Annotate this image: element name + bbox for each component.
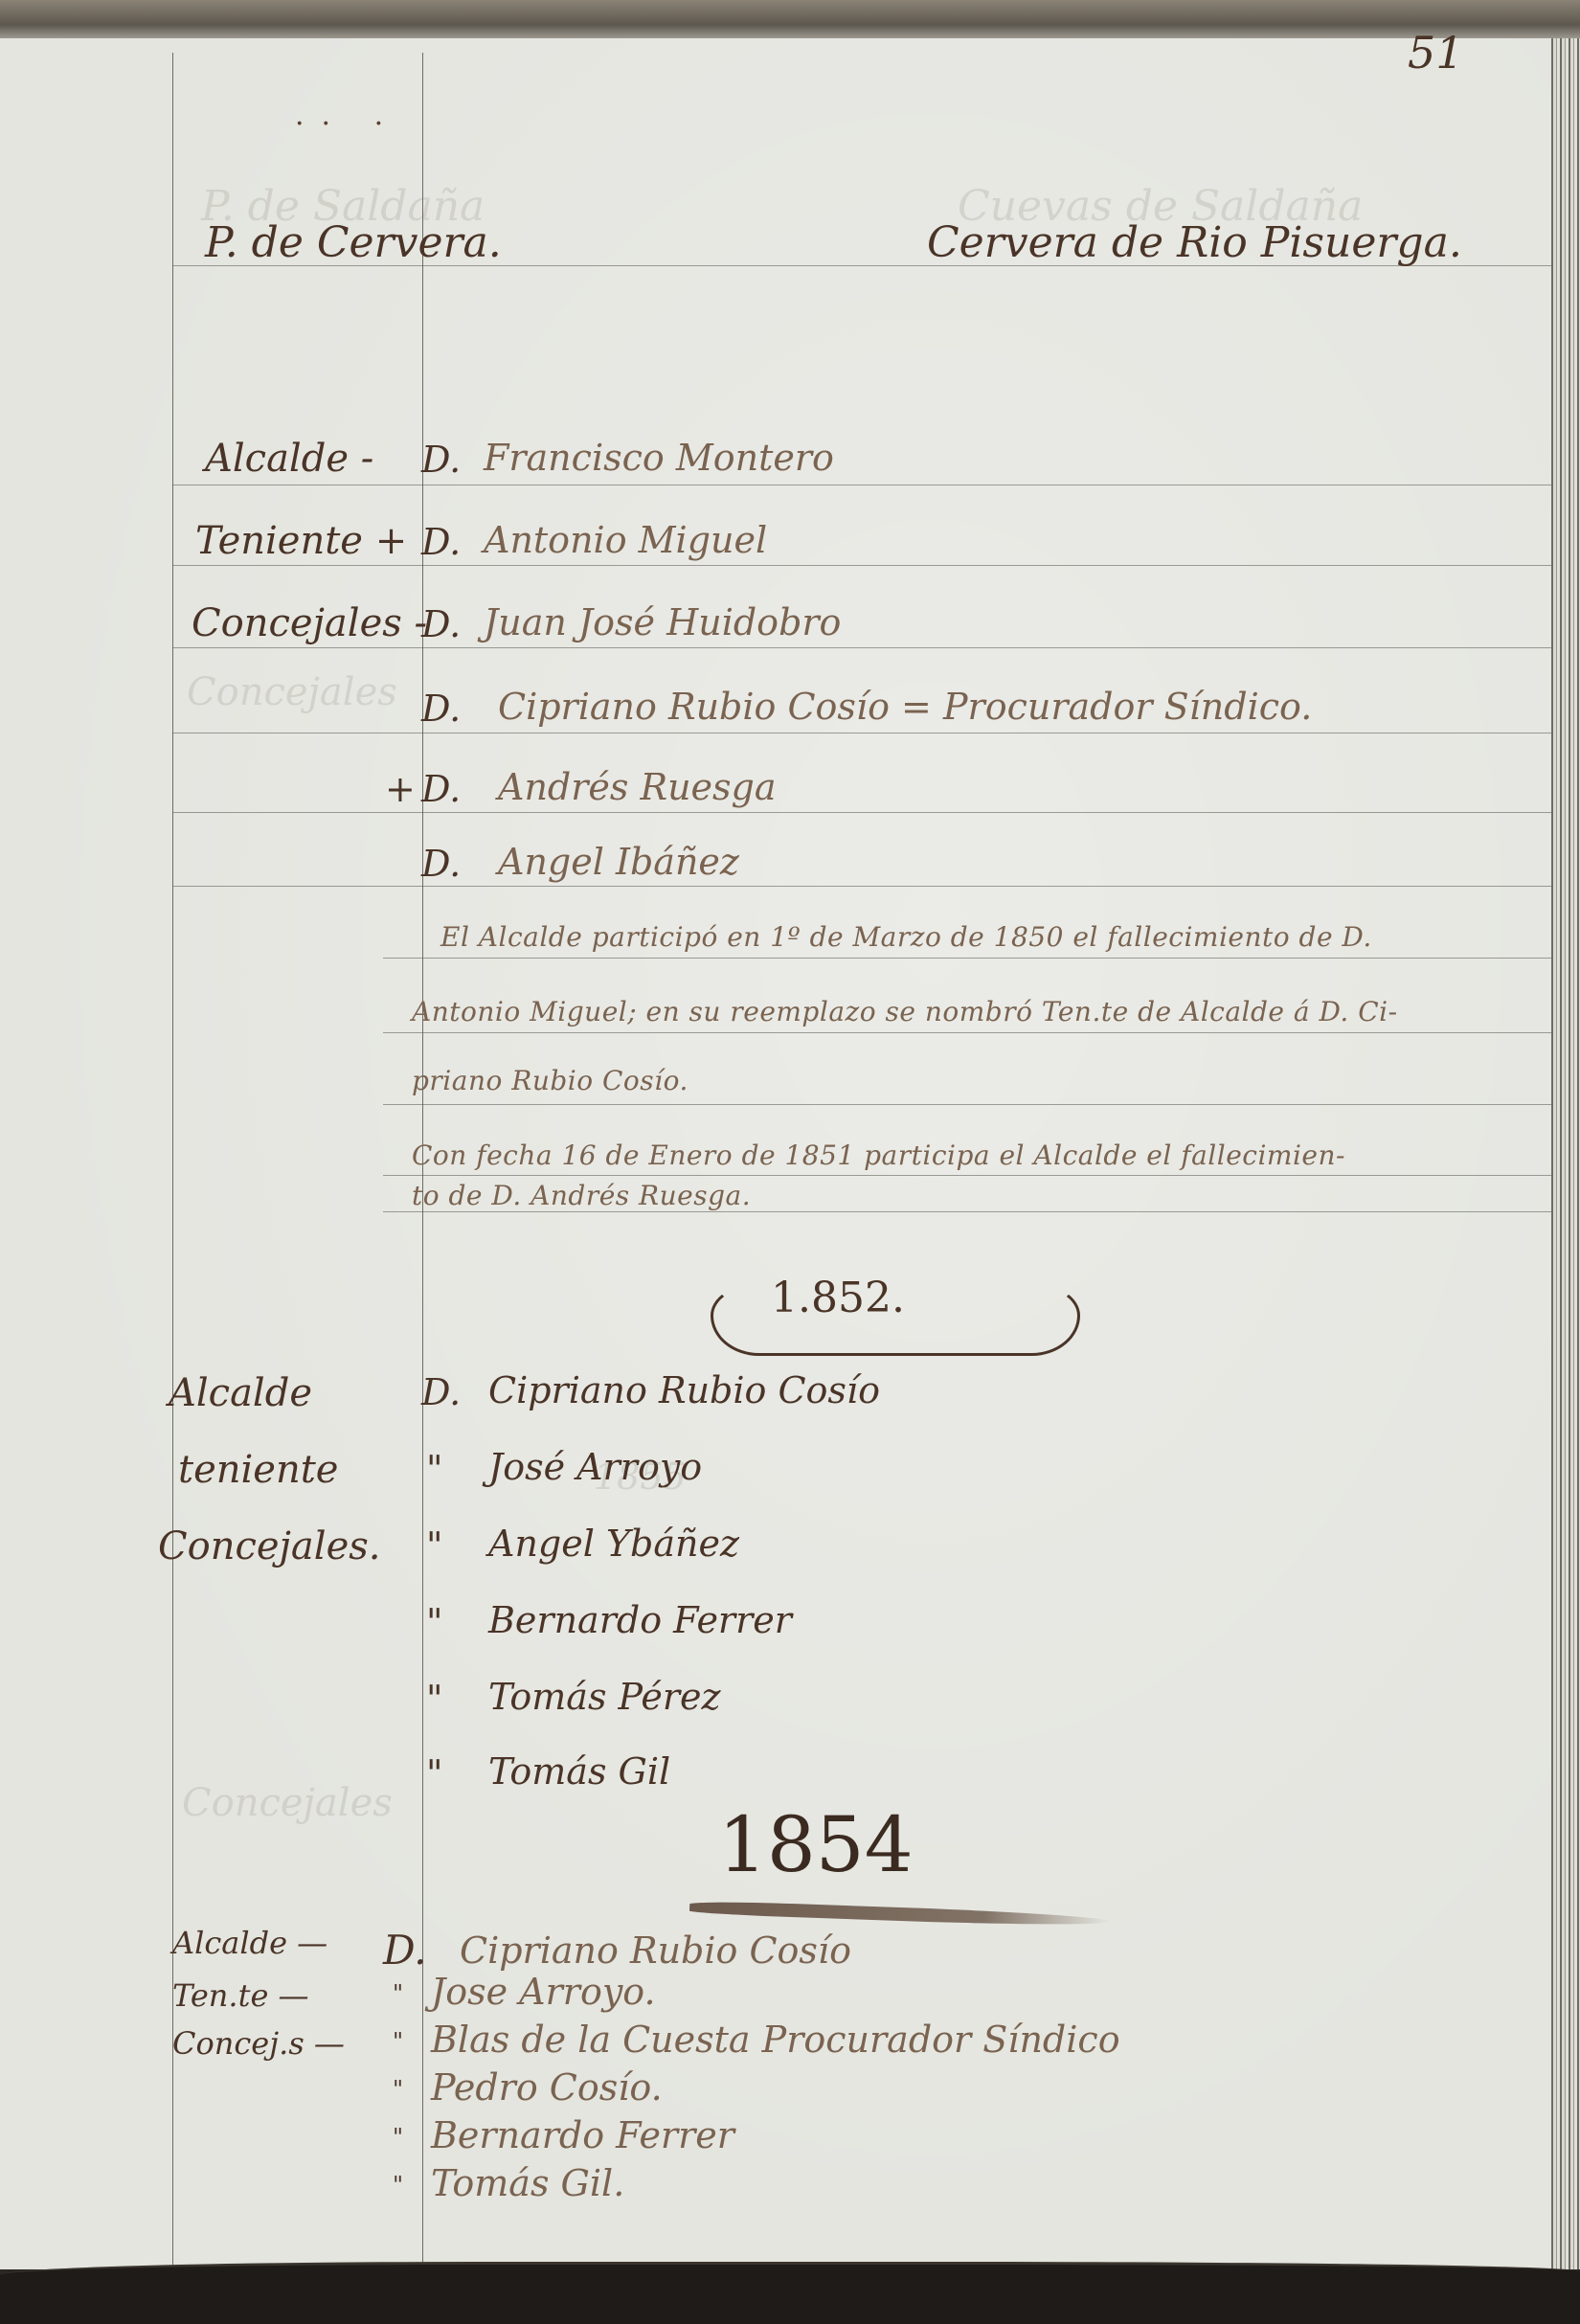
page-number: 51: [1408, 27, 1464, 79]
official-name: Andrés Ruesga: [498, 766, 777, 808]
role-label: Concej.s —: [172, 2025, 345, 2062]
name-prefix: D.: [421, 843, 461, 885]
ruled-line: [383, 1032, 1551, 1033]
official-name: Jose Arroyo.: [431, 1971, 656, 2013]
official-name: Tomás Gil: [488, 1750, 670, 1793]
official-name: Juan José Huidobro: [484, 601, 841, 643]
role-label: Teniente +: [195, 519, 407, 563]
bleed-through-text: Concejales: [182, 1781, 393, 1825]
official-name: Cipriano Rubio Cosío: [488, 1369, 880, 1411]
name-prefix: ": [393, 2076, 403, 2103]
ruled-line: [172, 886, 1551, 887]
name-prefix: ": [426, 1448, 442, 1490]
name-prefix: ": [426, 1601, 442, 1643]
ruled-line: [172, 485, 1551, 485]
official-name: Bernardo Ferrer: [431, 2114, 734, 2156]
official-name: Antonio Miguel: [484, 519, 767, 561]
ruled-line: [383, 1104, 1551, 1105]
role-label: Concejales.: [158, 1524, 380, 1568]
ruled-line: [172, 733, 1551, 733]
name-prefix: D.: [421, 521, 461, 563]
role-label: teniente: [178, 1448, 338, 1492]
annotation-line: to de D. Andrés Ruesga.: [412, 1180, 751, 1211]
bleed-through-text: Concejales: [187, 670, 397, 714]
name-prefix: D.: [421, 439, 461, 481]
role-label: Alcalde -: [205, 437, 373, 481]
name-prefix: D.: [421, 768, 461, 810]
year-heading: 1.852.: [771, 1274, 905, 1322]
name-prefix: ": [426, 1524, 442, 1567]
name-prefix: ": [393, 2172, 403, 2199]
book-shadow-bottom: [0, 2262, 1580, 2324]
official-name: José Arroyo: [488, 1446, 702, 1488]
district-heading: P. de Cervera.: [205, 218, 502, 267]
ruled-line: [383, 1211, 1551, 1212]
annotation-line: Antonio Miguel; en su reemplazo se nombr…: [412, 996, 1398, 1027]
stacked-page-edges: [1551, 38, 1580, 2269]
role-label: Concejales -: [192, 601, 427, 645]
official-name: Francisco Montero: [484, 437, 834, 479]
official-name: Tomás Gil.: [431, 2162, 624, 2204]
official-name: Cipriano Rubio Cosío: [460, 1929, 851, 1972]
name-prefix: D.: [421, 603, 461, 645]
annotation-line: priano Rubio Cosío.: [412, 1065, 688, 1096]
ink-marks: ·· ·: [295, 107, 400, 141]
name-prefix: ": [426, 1678, 442, 1720]
name-prefix: D.: [383, 1927, 427, 1974]
official-name: Pedro Cosío.: [431, 2066, 663, 2109]
name-prefix: ": [426, 1752, 442, 1794]
official-name: Angel Ibáñez: [498, 841, 739, 883]
role-label: Alcalde —: [172, 1925, 327, 1961]
official-name: Blas de la Cuesta Procurador Síndico: [431, 2019, 1120, 2061]
name-prefix: ": [393, 2028, 403, 2055]
annotation-line: Con fecha 16 de Enero de 1851 participa …: [412, 1139, 1345, 1171]
name-prefix: ": [393, 1980, 403, 2007]
deceased-marker: +: [385, 768, 416, 810]
year-heading: 1854: [718, 1800, 914, 1889]
name-prefix: ": [393, 2124, 403, 2151]
name-prefix: D.: [421, 1371, 461, 1413]
ruled-line: [172, 565, 1551, 566]
official-name: Angel Ybáñez: [488, 1523, 739, 1565]
annotation-line: El Alcalde participó en 1º de Marzo de 1…: [440, 921, 1372, 953]
ruled-line: [172, 647, 1551, 648]
role-label: Alcalde: [169, 1371, 312, 1415]
official-name: Cipriano Rubio Cosío = Procurador Síndic…: [498, 686, 1312, 728]
official-name: Bernardo Ferrer: [488, 1599, 792, 1641]
name-prefix: D.: [421, 688, 461, 730]
ruled-line: [383, 1175, 1551, 1176]
ruled-line: [383, 958, 1551, 959]
official-name: Tomás Pérez: [488, 1676, 721, 1718]
role-label: Ten.te —: [172, 1977, 309, 2014]
ruled-line: [172, 812, 1551, 813]
municipality-heading: Cervera de Rio Pisuerga.: [927, 218, 1462, 267]
